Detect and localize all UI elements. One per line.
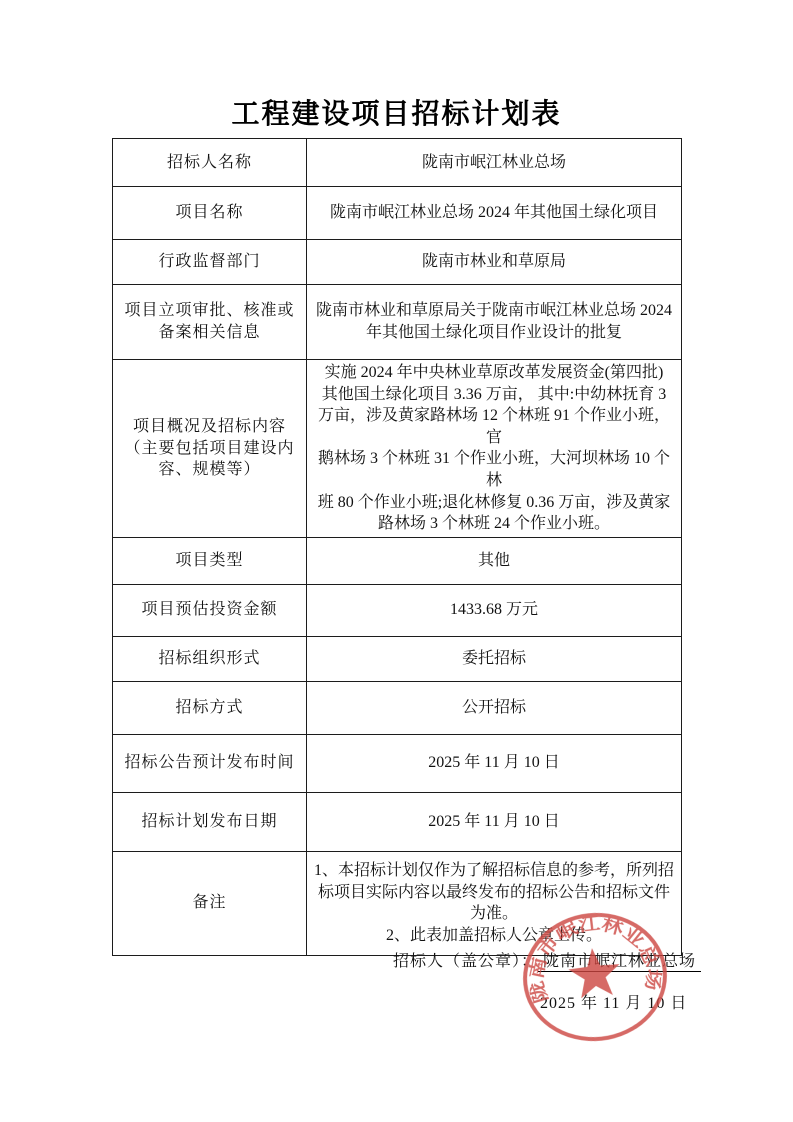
row-value-supervisory-dept: 陇南市林业和草原局	[307, 240, 682, 285]
row-label-supervisory-dept: 行政监督部门	[113, 240, 307, 285]
row-value-remarks: 1、本招标计划仅作为了解招标信息的参考，所列招 标项目实际内容以最终发布的招标公…	[307, 851, 682, 955]
page-title: 工程建设项目招标计划表	[0, 92, 793, 132]
signature-date: 2025 年 11 月 10 日	[540, 990, 687, 1013]
row-label-estimated-investment: 项目预估投资金额	[113, 584, 307, 636]
bidding-plan-table: 招标人名称 陇南市岷江林业总场 项目名称 陇南市岷江林业总场 2024 年其他国…	[112, 138, 682, 956]
row-label-bidding-method: 招标方式	[113, 681, 307, 734]
row-label-remarks: 备注	[113, 851, 307, 955]
row-value-organization-form: 委托招标	[307, 636, 682, 681]
row-label-plan-publish-date: 招标计划发布日期	[113, 792, 307, 851]
row-label-organization-form: 招标组织形式	[113, 636, 307, 681]
row-value-project-overview: 实施 2024 年中央林业草原改革发展资金(第四批) 其他国土绿化项目 3.36…	[307, 360, 682, 538]
row-value-announcement-date: 2025 年 11 月 10 日	[307, 734, 682, 792]
row-label-approval-info: 项目立项审批、核准或备案相关信息	[113, 285, 307, 360]
table-row: 项目预估投资金额 1433.68 万元	[113, 584, 682, 636]
document-page: 工程建设项目招标计划表 招标人名称 陇南市岷江林业总场 项目名称 陇南市岷江林业…	[0, 0, 793, 1122]
row-value-plan-publish-date: 2025 年 11 月 10 日	[307, 792, 682, 851]
table-row: 项目概况及招标内容（主要包括项目建设内容、规模等） 实施 2024 年中央林业草…	[113, 360, 682, 538]
row-value-project-name: 陇南市岷江林业总场 2024 年其他国土绿化项目	[307, 187, 682, 240]
row-value-project-type: 其他	[307, 537, 682, 584]
table-row: 项目类型 其他	[113, 537, 682, 584]
table-row: 招标人名称 陇南市岷江林业总场	[113, 139, 682, 187]
row-value-estimated-investment: 1433.68 万元	[307, 584, 682, 636]
row-value-approval-info: 陇南市林业和草原局关于陇南市岷江林业总场 2024 年其他国土绿化项目作业设计的…	[307, 285, 682, 360]
row-label-announcement-date: 招标公告预计发布时间	[113, 734, 307, 792]
row-value-bidding-method: 公开招标	[307, 681, 682, 734]
signature-label: 招标人（盖公章）：	[393, 953, 538, 970]
row-value-bidder-name: 陇南市岷江林业总场	[307, 139, 682, 187]
signature-bidder-name: 陇南市岷江林业总场	[538, 953, 701, 972]
row-label-bidder-name: 招标人名称	[113, 139, 307, 187]
table-row: 招标方式 公开招标	[113, 681, 682, 734]
table-row: 备注 1、本招标计划仅作为了解招标信息的参考，所列招 标项目实际内容以最终发布的…	[113, 851, 682, 955]
row-label-project-name: 项目名称	[113, 187, 307, 240]
table-row: 招标组织形式 委托招标	[113, 636, 682, 681]
signature-line: 招标人（盖公章）：陇南市岷江林业总场	[393, 948, 701, 971]
row-label-project-type: 项目类型	[113, 537, 307, 584]
row-label-project-overview: 项目概况及招标内容（主要包括项目建设内容、规模等）	[113, 360, 307, 538]
table-row: 招标计划发布日期 2025 年 11 月 10 日	[113, 792, 682, 851]
table-row: 招标公告预计发布时间 2025 年 11 月 10 日	[113, 734, 682, 792]
table-row: 行政监督部门 陇南市林业和草原局	[113, 240, 682, 285]
table-row: 项目名称 陇南市岷江林业总场 2024 年其他国土绿化项目	[113, 187, 682, 240]
table-row: 项目立项审批、核准或备案相关信息 陇南市林业和草原局关于陇南市岷江林业总场 20…	[113, 285, 682, 360]
